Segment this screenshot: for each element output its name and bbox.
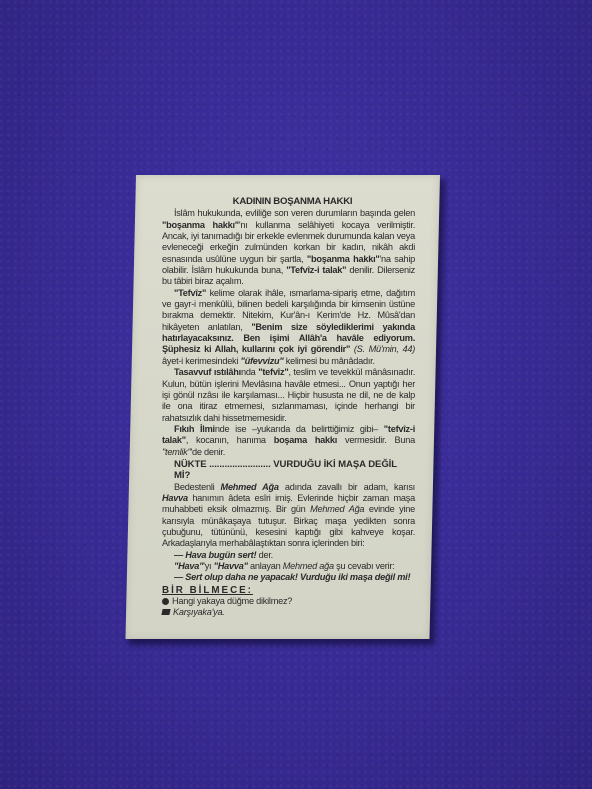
text: , kocanın, hanıma: [186, 435, 274, 445]
verse-reference: (S. Mü'min, 44): [350, 344, 415, 354]
bold-term: "boşanma hakkı": [162, 220, 239, 230]
text: anlayan: [248, 561, 283, 571]
bold-italic-term: "üfevvizu": [241, 356, 284, 366]
text: adında zavallı bir adam, karısı: [279, 482, 415, 492]
bold-term: Tasavvuf ıstılâhı: [174, 367, 241, 377]
bold-term: boşama hakkı: [274, 435, 337, 445]
riddle-question: Hangi yakaya düğme dikilmez?: [162, 596, 415, 607]
text: âyet-i kerimesindeki: [162, 356, 241, 366]
dialog-line-1: — Hava bugün sert! der.: [174, 550, 415, 561]
name: Mehmed Ağa: [221, 482, 279, 492]
quote: — Hava bugün sert!: [174, 550, 256, 560]
paragraph-tasavvuf: Tasavvuf ıstılâhında "tefvîz", teslim ve…: [162, 367, 415, 424]
paragraph-tefviz: "Tefvîz" kelime olarak ihâle, ısmarlama-…: [162, 288, 415, 367]
bold-term: "tefvîz": [258, 367, 288, 377]
riddle-answer: Karşıyaka'ya.: [162, 607, 415, 618]
punchline: — Sert olup daha ne yapacak! Vurduğu iki…: [174, 572, 410, 582]
name: Havva: [162, 493, 188, 503]
text: der.: [256, 550, 273, 560]
name: Mehmed Ağa: [310, 504, 364, 514]
text: kelimesi bu mânâdadır.: [283, 356, 374, 366]
text: nde ise –yukarıda da belirttiğimiz gibi–: [215, 424, 384, 434]
text: 'yı: [203, 561, 213, 571]
circle-bullet-icon: [162, 598, 169, 605]
nukte-heading: NÜKTE ........................ VURDUĞU İ…: [174, 459, 415, 482]
text: Karşıyaka'ya.: [173, 607, 225, 617]
square-bullet-icon: [161, 609, 170, 615]
text: İslâm hukukunda, evliliğe son veren duru…: [174, 208, 415, 218]
text: vermesidir. Buna: [337, 435, 415, 445]
paragraph-intro: İslâm hukukunda, evliliğe son veren duru…: [162, 208, 415, 287]
text: nda: [241, 367, 258, 377]
dialog-line-2: "Hava"'yı "Havva" anlayan Mehmed ağa şu …: [174, 561, 415, 572]
bold-term: "boşanma hakkı": [307, 254, 380, 264]
paragraph-story: Bedestenli Mehmed Ağa adında zavallı bir…: [162, 482, 415, 550]
text: 'de denir.: [191, 447, 226, 457]
text: şu cevabı verir:: [334, 561, 395, 571]
name: Mehmed ağa: [283, 561, 334, 571]
quote: "Havva": [214, 561, 248, 571]
italic-term: "temlik": [162, 447, 191, 457]
text: Bedestenli: [174, 482, 221, 492]
bold-term: Fıkıh İlmi: [174, 424, 215, 434]
quote: "Hava": [174, 561, 203, 571]
card-text: KADININ BOŞANMA HAKKI İslâm hukukunda, e…: [162, 196, 415, 619]
riddle-heading: BİR BİLMECE:: [162, 585, 415, 596]
text: Hangi yakaya düğme dikilmez?: [172, 596, 292, 606]
card-title: KADININ BOŞANMA HAKKI: [170, 196, 415, 207]
dialog-line-3: — Sert olup daha ne yapacak! Vurduğu iki…: [174, 572, 415, 583]
paragraph-fikih: Fıkıh İlminde ise –yukarıda da belirttiğ…: [162, 424, 415, 458]
bold-term: "Tefvîz": [174, 288, 206, 298]
bold-term: "Tefvîz-i talak": [286, 265, 346, 275]
